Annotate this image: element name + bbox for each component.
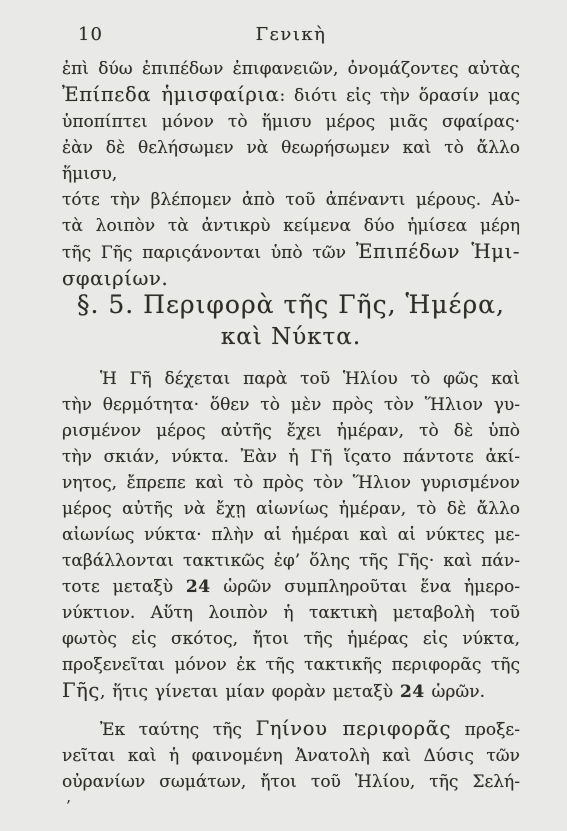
paragraph-day-and-night: Ἡ Γῆ δέχεται παρὰ τοῦ Ἡλίου τὸ φῶς καὶ τ… xyxy=(62,366,520,705)
text-segment: φωτὸς εἰς σκότος, ἤτοι τῆς ἡμέρας εἰς νύ… xyxy=(62,629,520,649)
text-segment: τῆς Γῆς παριςάνονται ὑπὸ τῶν xyxy=(62,243,356,263)
text-line: νεῖται καὶ ἡ φαινομένη Ἀνατολὴ καὶ Δύσις… xyxy=(62,743,520,769)
text-segment: ρισμένον μέρος αὐτῆς ἔχει ἡμέραν, τὸ δὲ … xyxy=(62,421,520,441)
text-line: ἐπὶ δύω ἐπιπέδων ἐπιφανειῶν, ὀνομάζοντες… xyxy=(62,56,520,82)
text-line: Ἐπίπεδα ἡμισφαίρια: διότι εἰς τὴν ὅρασίν… xyxy=(62,82,520,109)
text-segment: ὡρῶν συμπληροῦται ἕνα ἡμερο- xyxy=(211,577,520,597)
text-line: Ἡ Γῆ δέχεται παρὰ τοῦ Ἡλίου τὸ φῶς καὶ xyxy=(62,366,520,392)
text-line: τὴν θερμότητα· ὅθεν τὸ μὲν πρὸς τὸν Ἥλιο… xyxy=(62,392,520,418)
hours-number: 24 xyxy=(186,577,211,597)
text-segment: νητος, ἔπρεπε καὶ τὸ πρὸς τὸν Ἥλιον γυρι… xyxy=(62,473,520,493)
paragraph-hemispheres: ἐπὶ δύω ἐπιπέδων ἐπιφανειῶν, ὀνομάζοντες… xyxy=(62,56,520,293)
text-segment: τοτε μεταξὺ xyxy=(62,577,186,597)
text-segment: ὡρῶν. xyxy=(425,682,485,702)
ink-mark: ’ xyxy=(66,797,71,815)
scanned-book-page: 10 Γενικὴ ἐπὶ δύω ἐπιπέδων ἐπιφανειῶν, ὀ… xyxy=(0,0,567,831)
emphasized-term: Ἐπίπεδα ἡμισφαίρια xyxy=(62,83,279,106)
text-line: οὐρανίων σωμάτων, ἤτοι τοῦ Ἡλίου, τῆς Σε… xyxy=(62,769,520,795)
text-segment: αἰωνίως νύκτα· πλὴν αἱ ἡμέραι καὶ αἱ νύκ… xyxy=(62,525,520,545)
text-line: φωτὸς εἰς σκότος, ἤτοι τῆς ἡμέρας εἰς νύ… xyxy=(62,626,520,652)
text-segment: ἐπὶ δύω ἐπιπέδων ἐπιφανειῶν, ὀνομάζοντες… xyxy=(62,59,520,79)
text-segment: , ἥτις γίνεται μίαν φορὰν μεταξὺ xyxy=(100,682,400,702)
text-segment: ταβάλλονται τακτικῶς ἐφ’ ὅλης τῆς Γῆς· κ… xyxy=(62,551,520,571)
text-line: τὰ λοιπὸν τὰ ἀντικρὺ κείμενα δύο ἡμίσεα … xyxy=(62,213,520,239)
section-heading-line2: καὶ Νύκτα. xyxy=(62,322,520,352)
text-line: ὑποπίπτει μόνον τὸ ἥμισυ μέρος μιᾶς σφαί… xyxy=(62,109,520,135)
text-line: νητος, ἔπρεπε καὶ τὸ πρὸς τὸν Ἥλιον γυρι… xyxy=(62,470,520,496)
section-heading: §. 5. Περιφορὰ τῆς Γῆς, Ἡμέρα, καὶ Νύκτα… xyxy=(62,288,520,352)
text-segment: μέρος αὐτῆς νὰ ἔχῃ αἰωνίως ἡμέραν, τὸ δὲ… xyxy=(62,499,520,519)
text-segment: νεῖται καὶ ἡ φαινομένη Ἀνατολὴ καὶ Δύσις… xyxy=(62,746,520,766)
text-line: ταβάλλονται τακτικῶς ἐφ’ ὅλης τῆς Γῆς· κ… xyxy=(62,548,520,574)
text-line: τῆς Γῆς παριςάνονται ὑπὸ τῶν Ἐπιπέδων Ἡμ… xyxy=(62,239,520,266)
text-segment: τὰ λοιπὸν τὰ ἀντικρὺ κείμενα δύο ἡμίσεα … xyxy=(62,216,520,236)
text-line: νύκτιον. Αὕτη λοιπὸν ἡ τακτικὴ μεταβολὴ … xyxy=(62,600,520,626)
text-segment: ἐὰν δὲ θελήσωμεν νὰ θεωρήσωμεν καὶ τὸ ἄλ… xyxy=(62,138,520,184)
paragraph-apparent-rising-setting: Ἐκ ταύτης τῆς Γηίνου περιφορᾶς προξε- νε… xyxy=(62,716,520,795)
emphasized-term: σφαιρίων. xyxy=(62,267,168,290)
text-segment: τὴν θερμότητα· ὅθεν τὸ μὲν πρὸς τὸν Ἥλιο… xyxy=(62,395,520,415)
text-line: αἰωνίως νύκτα· πλὴν αἱ ἡμέραι καὶ αἱ νύκ… xyxy=(62,522,520,548)
emphasized-term: Γῆς xyxy=(62,679,100,702)
text-segment: προξενεῖται μόνον ἐκ τῆς τακτικῆς περιφο… xyxy=(62,655,520,675)
hours-number: 24 xyxy=(400,682,425,702)
text-segment: νύκτιον. Αὕτη λοιπὸν ἡ τακτικὴ μεταβολὴ … xyxy=(62,603,520,623)
text-line: μέρος αὐτῆς νὰ ἔχῃ αἰωνίως ἡμέραν, τὸ δὲ… xyxy=(62,496,520,522)
text-segment: Ἐκ ταύτης τῆς xyxy=(100,720,256,740)
emphasized-term: Ἐπιπέδων Ἡμι- xyxy=(356,240,520,263)
text-line: τοτε μεταξὺ 24 ὡρῶν συμπληροῦται ἕνα ἡμε… xyxy=(62,574,520,600)
text-segment: ὑποπίπτει μόνον τὸ ἥμισυ μέρος μιᾶς σφαί… xyxy=(62,112,520,132)
section-heading-line1: §. 5. Περιφορὰ τῆς Γῆς, Ἡμέρα, xyxy=(62,288,520,322)
text-segment: τότε τὴν βλέπομεν ἀπὸ τοῦ ἀπέναντι μέρου… xyxy=(62,190,520,210)
running-header: 10 Γενικὴ xyxy=(62,24,520,48)
text-segment: προξε- xyxy=(451,720,520,740)
text-segment: Ἡ Γῆ δέχεται παρὰ τοῦ Ἡλίου τὸ φῶς καὶ xyxy=(100,369,520,389)
text-line: ἐὰν δὲ θελήσωμεν νὰ θεωρήσωμεν καὶ τὸ ἄλ… xyxy=(62,135,520,187)
text-segment: : διότι εἰς τὴν ὅρασίν μας xyxy=(279,86,520,106)
running-title: Γενικὴ xyxy=(62,24,520,45)
text-segment: οὐρανίων σωμάτων, ἤτοι τοῦ Ἡλίου, τῆς Σε… xyxy=(62,772,520,792)
emphasized-term: Γηίνου περιφορᾶς xyxy=(256,717,451,740)
text-segment: τὴν σκιάν, νύκτα. Ἐὰν ἡ Γῆ ἵςατο πάντοτε… xyxy=(62,447,520,467)
text-line: Ἐκ ταύτης τῆς Γηίνου περιφορᾶς προξε- xyxy=(62,716,520,743)
text-line: τότε τὴν βλέπομεν ἀπὸ τοῦ ἀπέναντι μέρου… xyxy=(62,187,520,213)
text-line: προξενεῖται μόνον ἐκ τῆς τακτικῆς περιφο… xyxy=(62,652,520,678)
text-line: Γῆς, ἥτις γίνεται μίαν φορὰν μεταξὺ 24 ὡ… xyxy=(62,678,520,705)
text-line: τὴν σκιάν, νύκτα. Ἐὰν ἡ Γῆ ἵςατο πάντοτε… xyxy=(62,444,520,470)
text-line: ρισμένον μέρος αὐτῆς ἔχει ἡμέραν, τὸ δὲ … xyxy=(62,418,520,444)
